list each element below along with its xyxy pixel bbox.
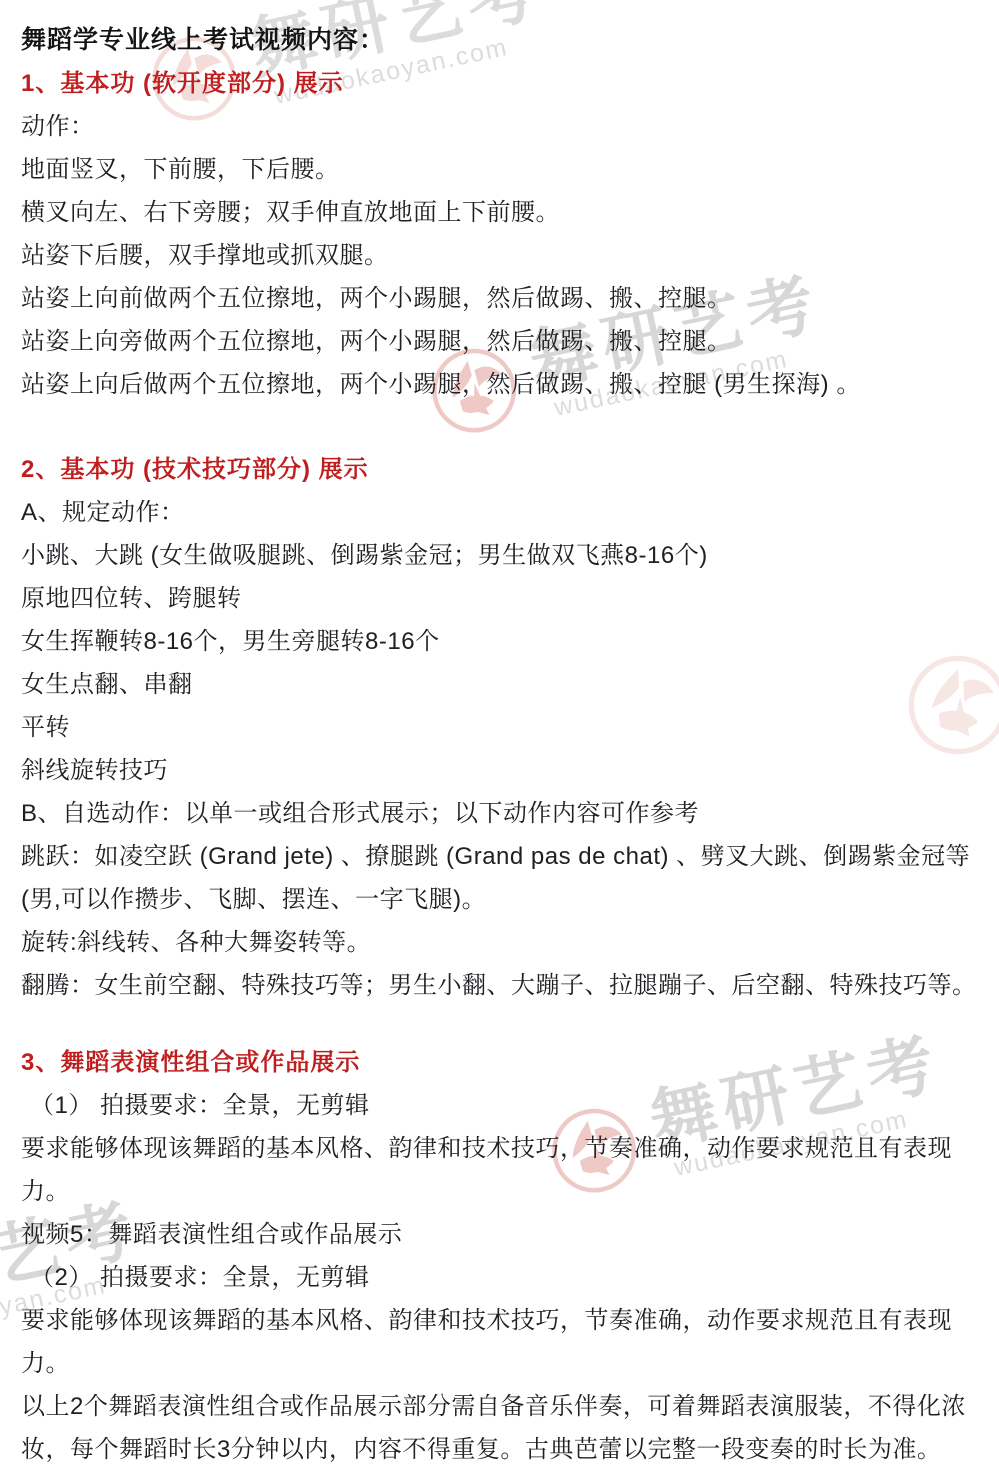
text-line: 斜线旋转技巧 <box>21 749 995 792</box>
text-line: 要求能够体现该舞蹈的基本风格、韵律和技术技巧，节奏准确，动作要求规范且有表现 <box>21 1299 995 1342</box>
text-line: 力。 <box>21 1342 995 1385</box>
text-line: 平转 <box>21 706 995 749</box>
text-line: 力。 <box>21 1170 995 1213</box>
text-line: 站姿上向前做两个五位擦地，两个小踢腿，然后做踢、搬、控腿。 <box>21 277 995 320</box>
doc-title: 舞蹈学专业线上考试视频内容： <box>21 18 995 62</box>
text-line: 视频5：舞蹈表演性组合或作品展示 <box>21 1213 995 1256</box>
text-line: 小跳、大跳 (女生做吸腿跳、倒踢紫金冠；男生做双飞燕8-16个) <box>21 534 995 577</box>
text-line: 要求能够体现该舞蹈的基本风格、韵律和技术技巧，节奏准确，动作要求规范且有表现 <box>21 1127 995 1170</box>
text-line: （1） 拍摄要求：全景，无剪辑 <box>21 1084 995 1127</box>
text-line: 跳跃：如凌空跃 (Grand jete) 、撩腿跳 (Grand pas de … <box>21 835 995 878</box>
section-3-heading: 3、舞蹈表演性组合或作品展示 <box>21 1041 995 1084</box>
text-line: （2） 拍摄要求：全景，无剪辑 <box>21 1256 995 1299</box>
text-line: A、规定动作： <box>21 491 995 534</box>
section-1-heading: 1、基本功 (软开度部分) 展示 <box>21 62 995 105</box>
text-line: 女生挥鞭转8-16个，男生旁腿转8-16个 <box>21 620 995 663</box>
text-line: 原地四位转、跨腿转 <box>21 577 995 620</box>
document-page: 舞研艺考 wudaokaoyan.com 舞研艺考 wudaokaoyan.co… <box>0 0 999 1476</box>
text-line: 地面竖叉，下前腰，下后腰。 <box>21 148 995 191</box>
text-line: B、自选动作：以单一或组合形式展示；以下动作内容可作参考 <box>21 792 995 835</box>
text-line: 旋转:斜线转、各种大舞姿转等。 <box>21 921 995 964</box>
text-line: 妆，每个舞蹈时长3分钟以内，内容不得重复。古典芭蕾以完整一段变奏的时长为准。 <box>21 1428 995 1471</box>
text-line: 以上2个舞蹈表演性组合或作品展示部分需自备音乐伴奏，可着舞蹈表演服装，不得化浓 <box>21 1385 995 1428</box>
section-2-heading: 2、基本功 (技术技巧部分) 展示 <box>21 448 995 491</box>
text-line: 女生点翻、串翻 <box>21 663 995 706</box>
text-line: 站姿上向旁做两个五位擦地，两个小踢腿，然后做踢、搬、控腿。 <box>21 320 995 363</box>
text-line: 站姿上向后做两个五位擦地，两个小踢腿，然后做踢、搬、控腿 (男生探海) 。 <box>21 363 995 406</box>
document-body: 舞蹈学专业线上考试视频内容： 1、基本功 (软开度部分) 展示 动作： 地面竖叉… <box>0 0 999 1476</box>
text-line: 动作： <box>21 105 995 148</box>
text-line: 横叉向左、右下旁腰；双手伸直放地面上下前腰。 <box>21 191 995 234</box>
text-line: 站姿下后腰，双手撑地或抓双腿。 <box>21 234 995 277</box>
text-line: (男,可以作攒步、飞脚、摆连、一字飞腿)。 <box>21 878 995 921</box>
text-line: 翻腾：女生前空翻、特殊技巧等；男生小翻、大蹦子、拉腿蹦子、后空翻、特殊技巧等。 <box>21 964 995 1007</box>
